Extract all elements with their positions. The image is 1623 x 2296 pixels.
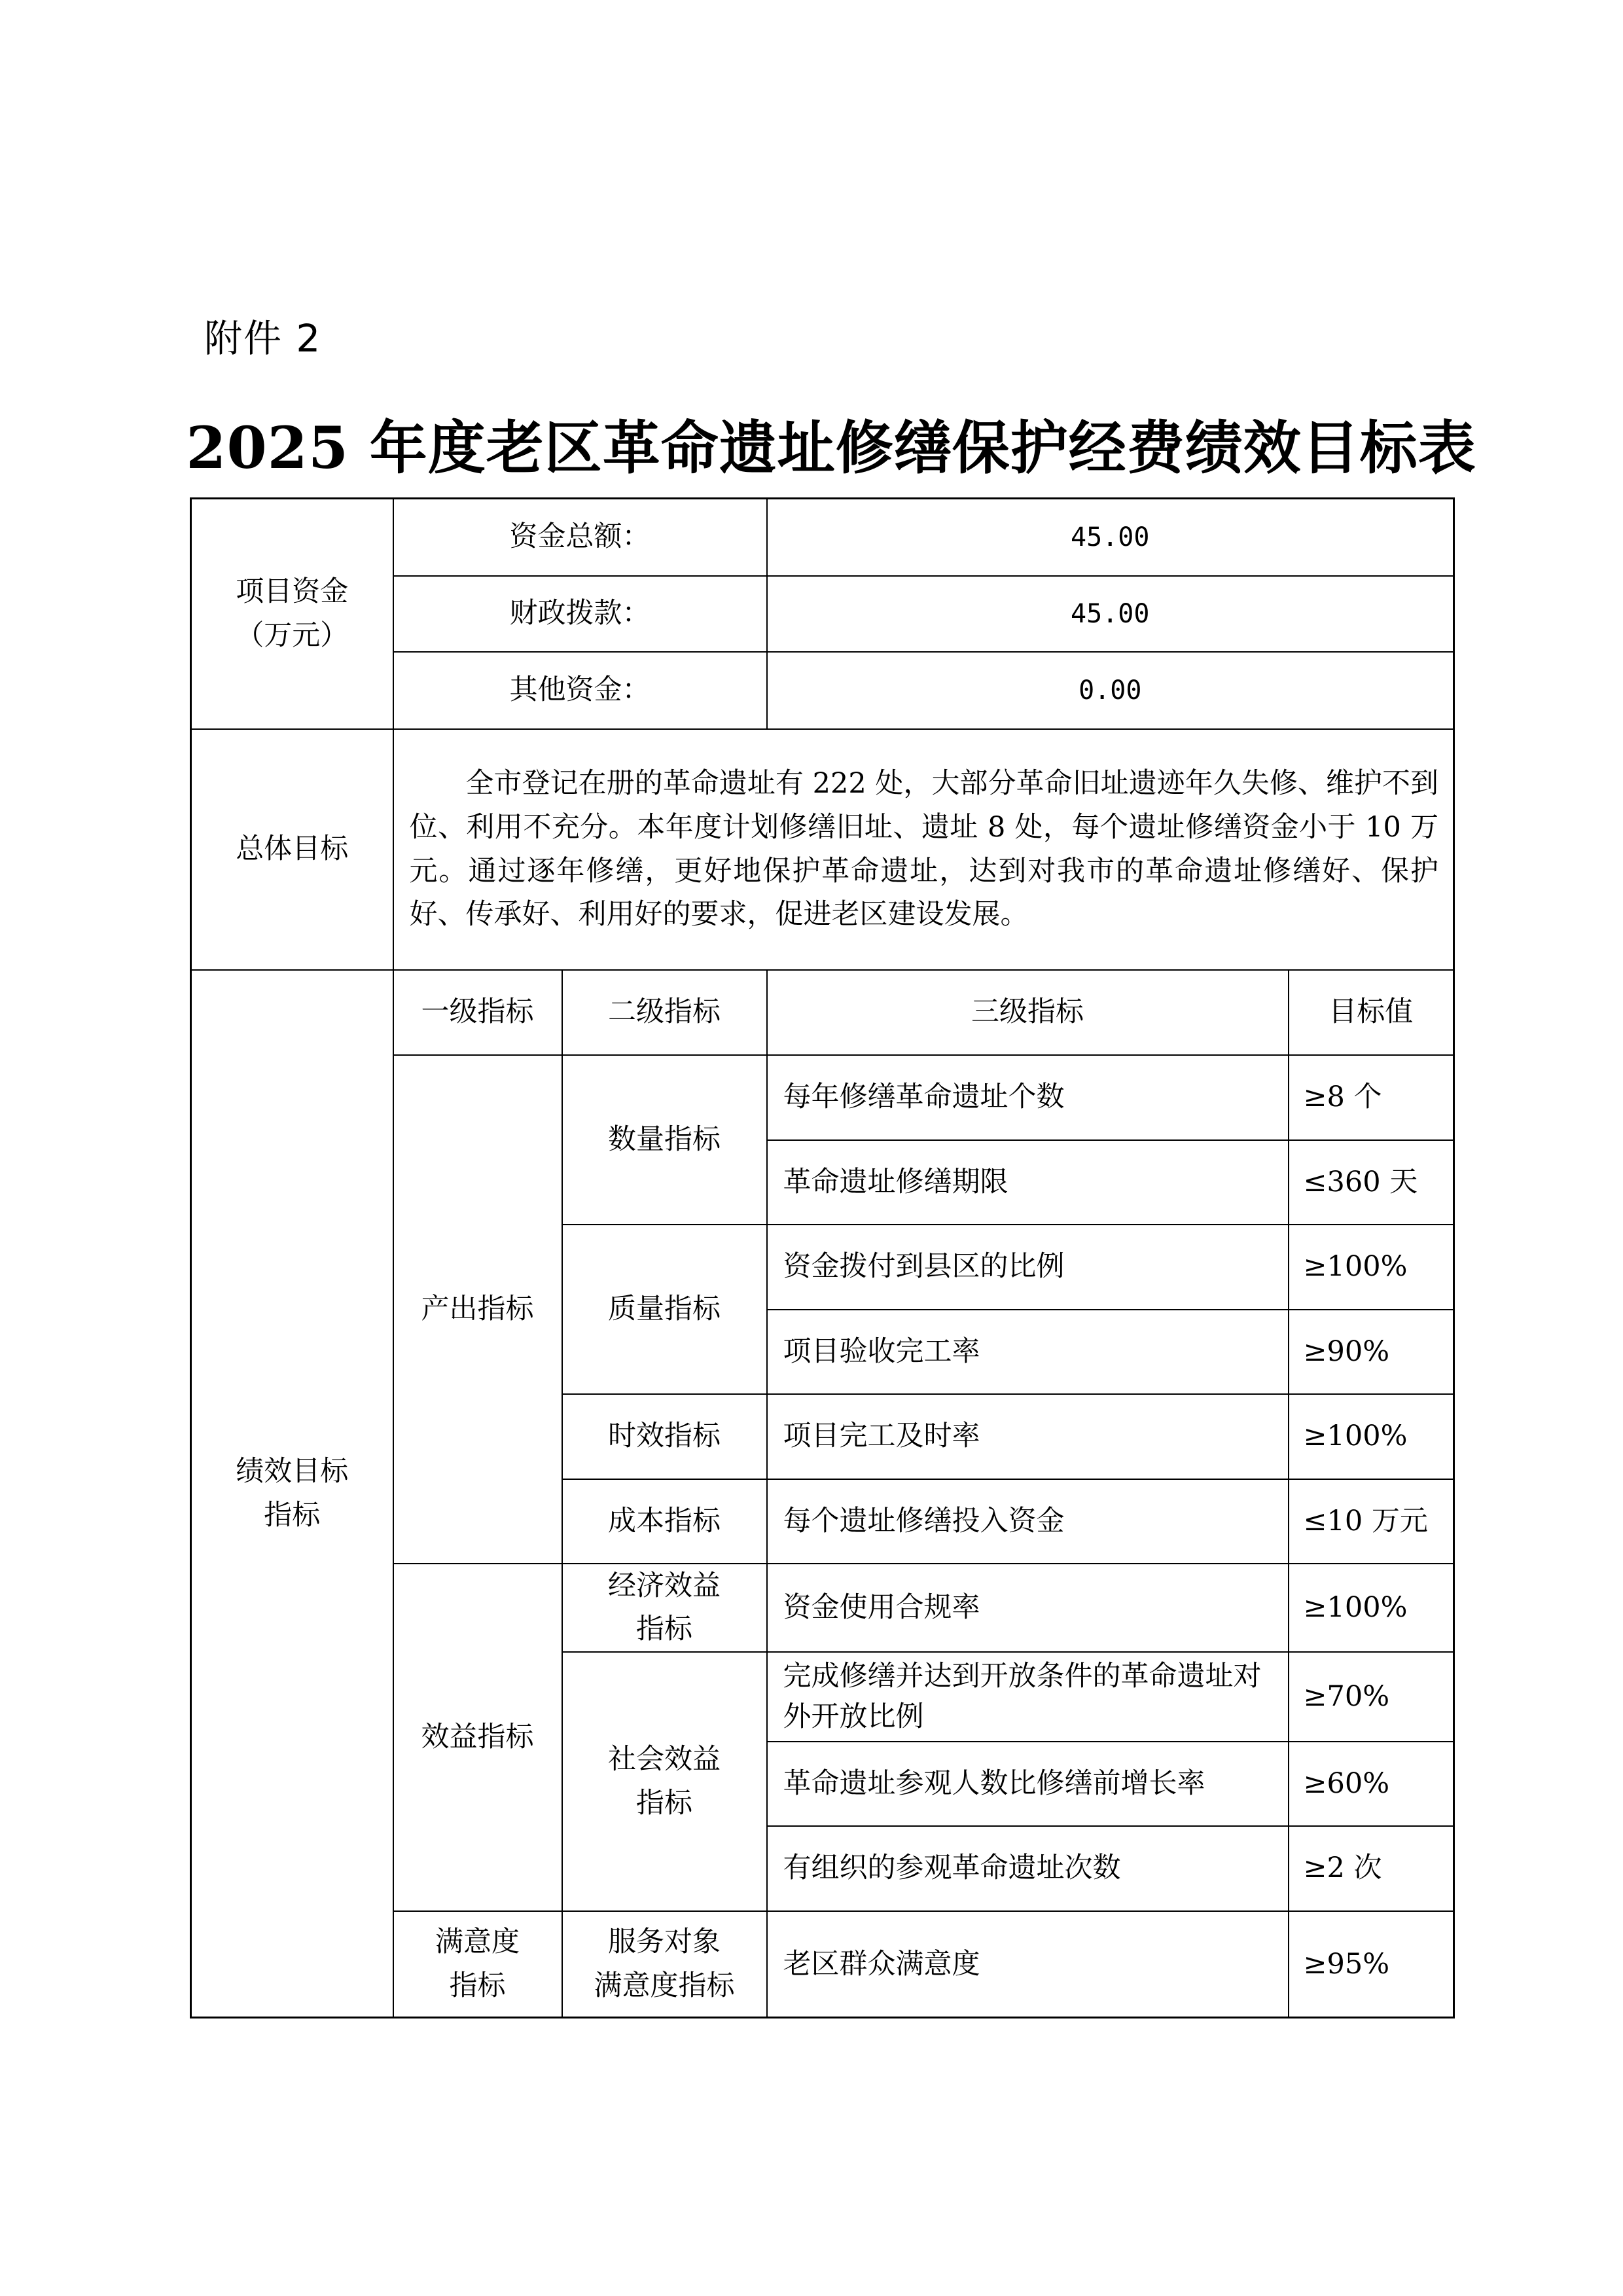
level3-cell: 资金使用合规率 [767, 1564, 1289, 1652]
level2-service-satisfaction: 服务对象 满意度指标 [562, 1911, 767, 2018]
header-target: 目标值 [1289, 970, 1454, 1055]
funding-fiscal-value: 45.00 [767, 576, 1454, 652]
level1-output: 产出指标 [393, 1055, 562, 1564]
target-cell: ≥2 次 [1289, 1826, 1454, 1911]
target-cell: ≥100% [1289, 1225, 1454, 1310]
target-cell: ≥8 个 [1289, 1055, 1454, 1140]
target-cell: ≥90% [1289, 1310, 1454, 1394]
funding-total-value: 45.00 [767, 499, 1454, 576]
target-cell: ≥95% [1289, 1911, 1454, 2018]
level3-cell: 完成修缮并达到开放条件的革命遗址对外开放比例 [767, 1652, 1289, 1742]
level3-cell: 项目完工及时率 [767, 1394, 1289, 1479]
level3-cell: 革命遗址参观人数比修缮前增长率 [767, 1742, 1289, 1826]
target-cell: ≥60% [1289, 1742, 1454, 1826]
overall-goal-row: 总体目标 全市登记在册的革命遗址有 222 处，大部分革命旧址遗迹年久失修、维护… [191, 729, 1454, 970]
level3-cell: 每年修缮革命遗址个数 [767, 1055, 1289, 1140]
level3-cell: 每个遗址修缮投入资金 [767, 1479, 1289, 1564]
funding-fiscal-label: 财政拨款： [393, 576, 767, 652]
performance-header-row: 绩效目标 指标 一级指标 二级指标 三级指标 目标值 [191, 970, 1454, 1055]
level3-cell: 资金拨付到县区的比例 [767, 1225, 1289, 1310]
target-cell: ≤360 天 [1289, 1140, 1454, 1225]
document-title: 2025 年度老区革命遗址修缮保护经费绩效目标表 [0, 403, 1623, 485]
header-level2: 二级指标 [562, 970, 767, 1055]
header-level1: 一级指标 [393, 970, 562, 1055]
target-cell: ≥70% [1289, 1652, 1454, 1742]
level2-quantity: 数量指标 [562, 1055, 767, 1225]
funding-other-value: 0.00 [767, 652, 1454, 729]
level2-economic: 经济效益 指标 [562, 1564, 767, 1652]
target-cell: ≥100% [1289, 1564, 1454, 1652]
target-cell: ≥100% [1289, 1394, 1454, 1479]
performance-section-label: 绩效目标 指标 [191, 970, 393, 2018]
funding-row: 项目资金 （万元） 资金总额： 45.00 [191, 499, 1454, 576]
level1-benefit: 效益指标 [393, 1564, 562, 1911]
level1-satisfaction: 满意度 指标 [393, 1911, 562, 2018]
header-level3: 三级指标 [767, 970, 1289, 1055]
level2-quality: 质量指标 [562, 1225, 767, 1394]
level3-cell: 项目验收完工率 [767, 1310, 1289, 1394]
performance-goal-table: 项目资金 （万元） 资金总额： 45.00 财政拨款： 45.00 其他资金： … [190, 497, 1455, 2018]
level2-timeliness: 时效指标 [562, 1394, 767, 1479]
level3-cell: 老区群众满意度 [767, 1911, 1289, 2018]
funding-other-label: 其他资金： [393, 652, 767, 729]
level2-social: 社会效益 指标 [562, 1652, 767, 1911]
target-cell: ≤10 万元 [1289, 1479, 1454, 1564]
level2-cost: 成本指标 [562, 1479, 767, 1564]
level3-cell: 有组织的参观革命遗址次数 [767, 1826, 1289, 1911]
attachment-label: 附件 2 [204, 308, 321, 363]
overall-goal-label: 总体目标 [191, 729, 393, 970]
funding-section-label: 项目资金 （万元） [191, 499, 393, 729]
overall-goal-text: 全市登记在册的革命遗址有 222 处，大部分革命旧址遗迹年久失修、维护不到位、利… [393, 729, 1454, 970]
level3-cell: 革命遗址修缮期限 [767, 1140, 1289, 1225]
funding-total-label: 资金总额： [393, 499, 767, 576]
